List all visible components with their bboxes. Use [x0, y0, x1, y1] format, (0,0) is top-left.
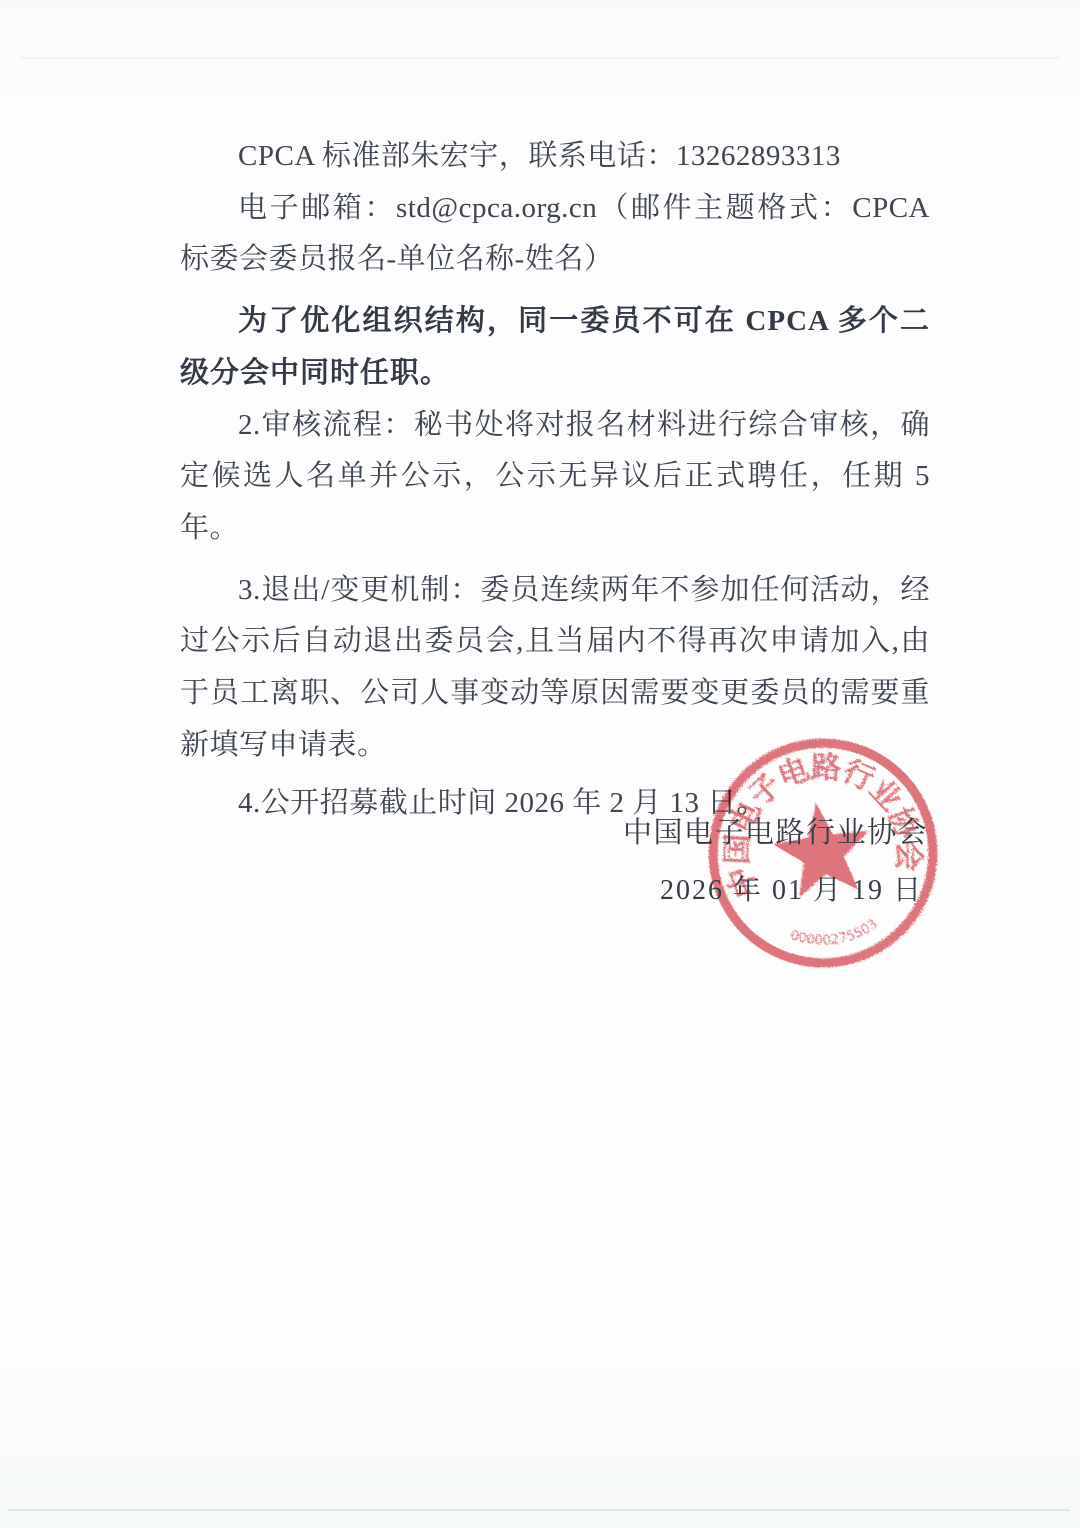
paragraph-email: 电子邮箱：std@cpca.org.cn（邮件主题格式：CPCA 标委会委员报名… [180, 183, 930, 286]
document-body: CPCA 标准部朱宏宇，联系电话：13262893313 电子邮箱：std@cp… [180, 131, 930, 830]
signature-date: 2026 年 01 月 19 日 [660, 868, 923, 908]
signature-organization: 中国电子电路行业协会 [623, 810, 928, 851]
scan-artifact-streak [20, 57, 1060, 59]
scanned-document-page: CPCA 标准部朱宏宇，联系电话：13262893313 电子邮箱：std@cp… [0, 0, 1080, 1528]
paragraph-review-process: 2.审核流程：秘书处将对报名材料进行综合审核，确定候选人名单并公示，公示无异议后… [180, 400, 930, 555]
paragraph-contact: CPCA 标准部朱宏宇，联系电话：13262893313 [180, 131, 930, 183]
official-seal-stamp: 中国电子电路行业协会 00000275503 [703, 733, 943, 973]
scan-artifact-line [8, 1509, 1070, 1511]
paragraph-rule-bold: 为了优化组织结构，同一委员不可在 CPCA 多个二级分会中同时任职。 [180, 296, 930, 399]
